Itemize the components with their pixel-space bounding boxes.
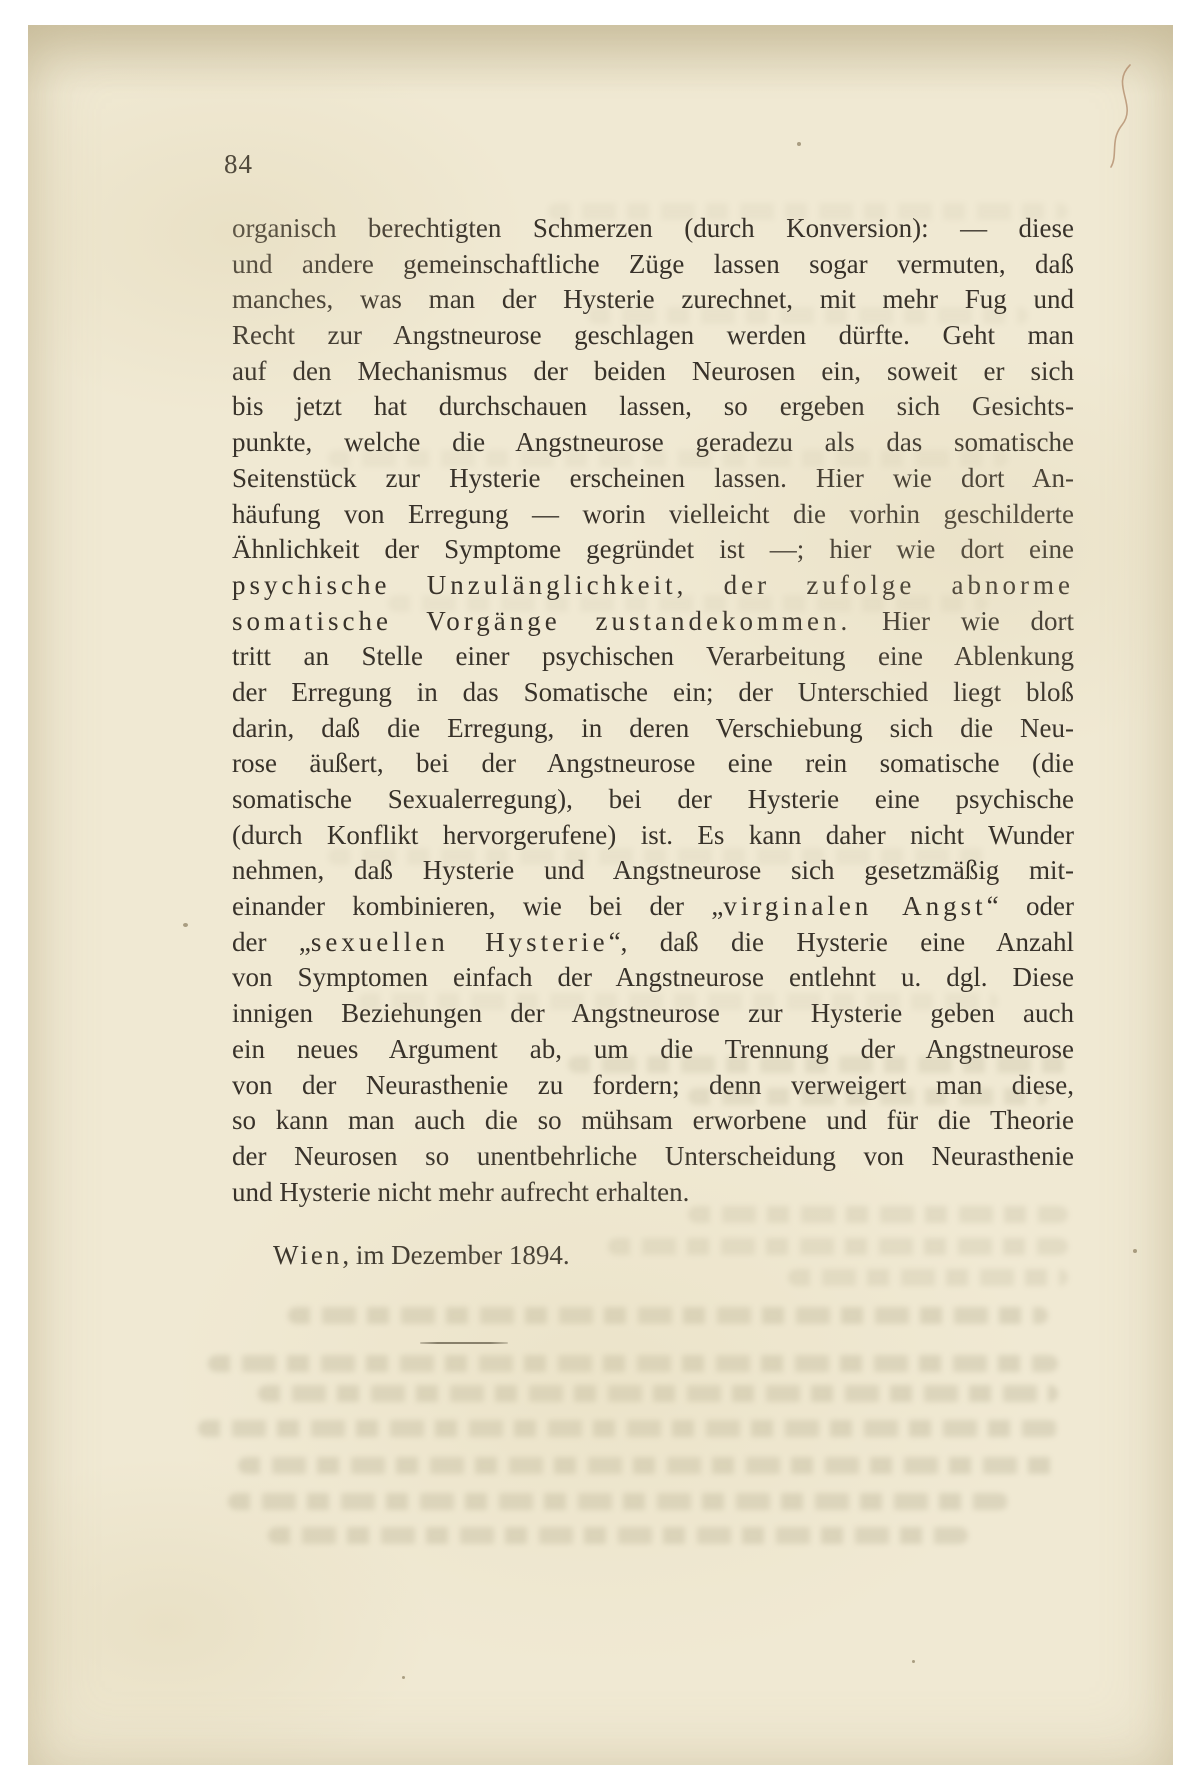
body-text-line: somatische Sexualerregung), bei der Hyst… [232, 782, 1074, 818]
text-segment: “ oder [987, 891, 1074, 921]
dateline-rest: , im Dezember 1894. [342, 1240, 569, 1270]
body-text-line: von Symptomen einfach der Angstneurose e… [232, 960, 1074, 996]
body-text-line: auf den Mechanismus der beiden Neurosen … [232, 354, 1074, 390]
text-segment: auf den Mechanismus der beiden Neurosen … [232, 356, 1074, 386]
paper-speck [183, 923, 188, 927]
bleed-through-line [328, 450, 1008, 467]
paper-speck [428, 332, 431, 335]
bleed-through-line [588, 307, 1028, 324]
body-text-line: Ähnlichkeit der Symptome gegründet ist —… [232, 532, 1074, 568]
paper-sheet: 84 organisch berechtigten Schmerzen (dur… [28, 25, 1173, 1765]
body-text-line: und Hysterie nicht mehr aufrecht erhalte… [232, 1175, 1074, 1211]
body-text-line: rose äußert, bei der Angstneurose eine r… [232, 746, 1074, 782]
text-segment: und Hysterie nicht mehr aufrecht erhalte… [232, 1177, 689, 1207]
body-text-line: der Erregung in das Somatische ein; der … [232, 675, 1074, 711]
bleed-through-line [688, 1206, 1068, 1223]
body-text-line: häufung von Erregung — worin vielleicht … [232, 497, 1074, 533]
text-segment: so kann man auch die so mühsam erworbene… [232, 1105, 1074, 1135]
bleed-through-line [208, 1355, 1058, 1372]
body-text-line: und andere gemeinschaftliche Züge lassen… [232, 247, 1074, 283]
body-text-line: einander kombinieren, wie bei der „virgi… [232, 889, 1074, 925]
page-number: 84 [224, 149, 253, 179]
paper-speck [1133, 1249, 1137, 1253]
bleed-through-line [568, 1056, 1068, 1073]
text-segment: und andere gemeinschaftliche Züge lassen… [232, 249, 1074, 279]
text-segment: (durch Konflikt hervorgerufene) ist. Es … [232, 820, 1074, 850]
bleed-through-line [388, 595, 988, 612]
body-text-line: der Neurosen so unentbehrliche Untersche… [232, 1139, 1074, 1175]
letterspaced-emphasis: virginalen Angst [723, 891, 986, 921]
text-segment: tritt an Stelle einer psychischen Verarb… [232, 641, 1074, 671]
body-text-line: der „sexuellen Hysterie“, daß die Hyster… [232, 925, 1074, 961]
text-segment: somatische Sexualerregung), bei der Hyst… [232, 784, 1074, 814]
bleed-through-line [328, 848, 988, 865]
bleed-through-line [288, 1307, 1048, 1324]
text-segment: Seitenstück zur Hysterie erscheinen lass… [232, 463, 1074, 493]
bleed-through-line [688, 1088, 1048, 1105]
bleed-through-line [198, 1420, 1058, 1437]
bleed-through-line [548, 203, 1068, 220]
text-segment: einander kombinieren, wie bei der „ [232, 891, 723, 921]
bleed-through-line [788, 1269, 1068, 1286]
paper-speck [912, 1660, 915, 1663]
body-text-line: so kann man auch die so mühsam erworbene… [232, 1103, 1074, 1139]
dateline-place: Wien [273, 1240, 342, 1270]
bleed-through-line [358, 993, 998, 1010]
text-segment: der Neurosen so unentbehrliche Untersche… [232, 1141, 1074, 1171]
scanned-book-page-84: 84 organisch berechtigten Schmerzen (dur… [0, 0, 1200, 1792]
bleed-through-line [228, 1493, 1008, 1510]
body-text-line: darin, daß die Erregung, in deren Versch… [232, 711, 1074, 747]
bleed-through-line [258, 1385, 1058, 1402]
text-segment: Recht zur Angstneurose geschlagen werden… [232, 320, 1074, 350]
hair-fiber-mark [1098, 61, 1142, 171]
body-text-line: bis jetzt hat durchschauen lassen, so er… [232, 389, 1074, 425]
bleed-through-line [268, 1527, 968, 1544]
letterspaced-emphasis: sexuellen Hysterie [311, 927, 609, 957]
text-segment: darin, daß die Erregung, in deren Versch… [232, 713, 1074, 743]
text-segment: rose äußert, bei der Angstneurose eine r… [232, 748, 1074, 778]
text-segment: häufung von Erregung — worin vielleicht … [232, 499, 1074, 529]
text-segment: der „ [232, 927, 311, 957]
dateline: Wien, im Dezember 1894. [273, 1238, 570, 1272]
bleed-through-line [608, 1238, 1068, 1255]
text-segment: von Symptomen einfach der Angstneurose e… [232, 962, 1074, 992]
end-rule [420, 1342, 508, 1344]
text-segment: bis jetzt hat durchschauen lassen, so er… [232, 391, 1074, 421]
text-segment: Ähnlichkeit der Symptome gegründet ist —… [232, 534, 1074, 564]
body-text-line: tritt an Stelle einer psychischen Verarb… [232, 639, 1074, 675]
text-segment: der Erregung in das Somatische ein; der … [232, 677, 1074, 707]
paper-speck [402, 1676, 405, 1679]
paper-speck [797, 142, 801, 146]
text-segment: “, daß die Hysterie eine Anzahl [609, 927, 1074, 957]
bleed-through-line [238, 1457, 1058, 1474]
